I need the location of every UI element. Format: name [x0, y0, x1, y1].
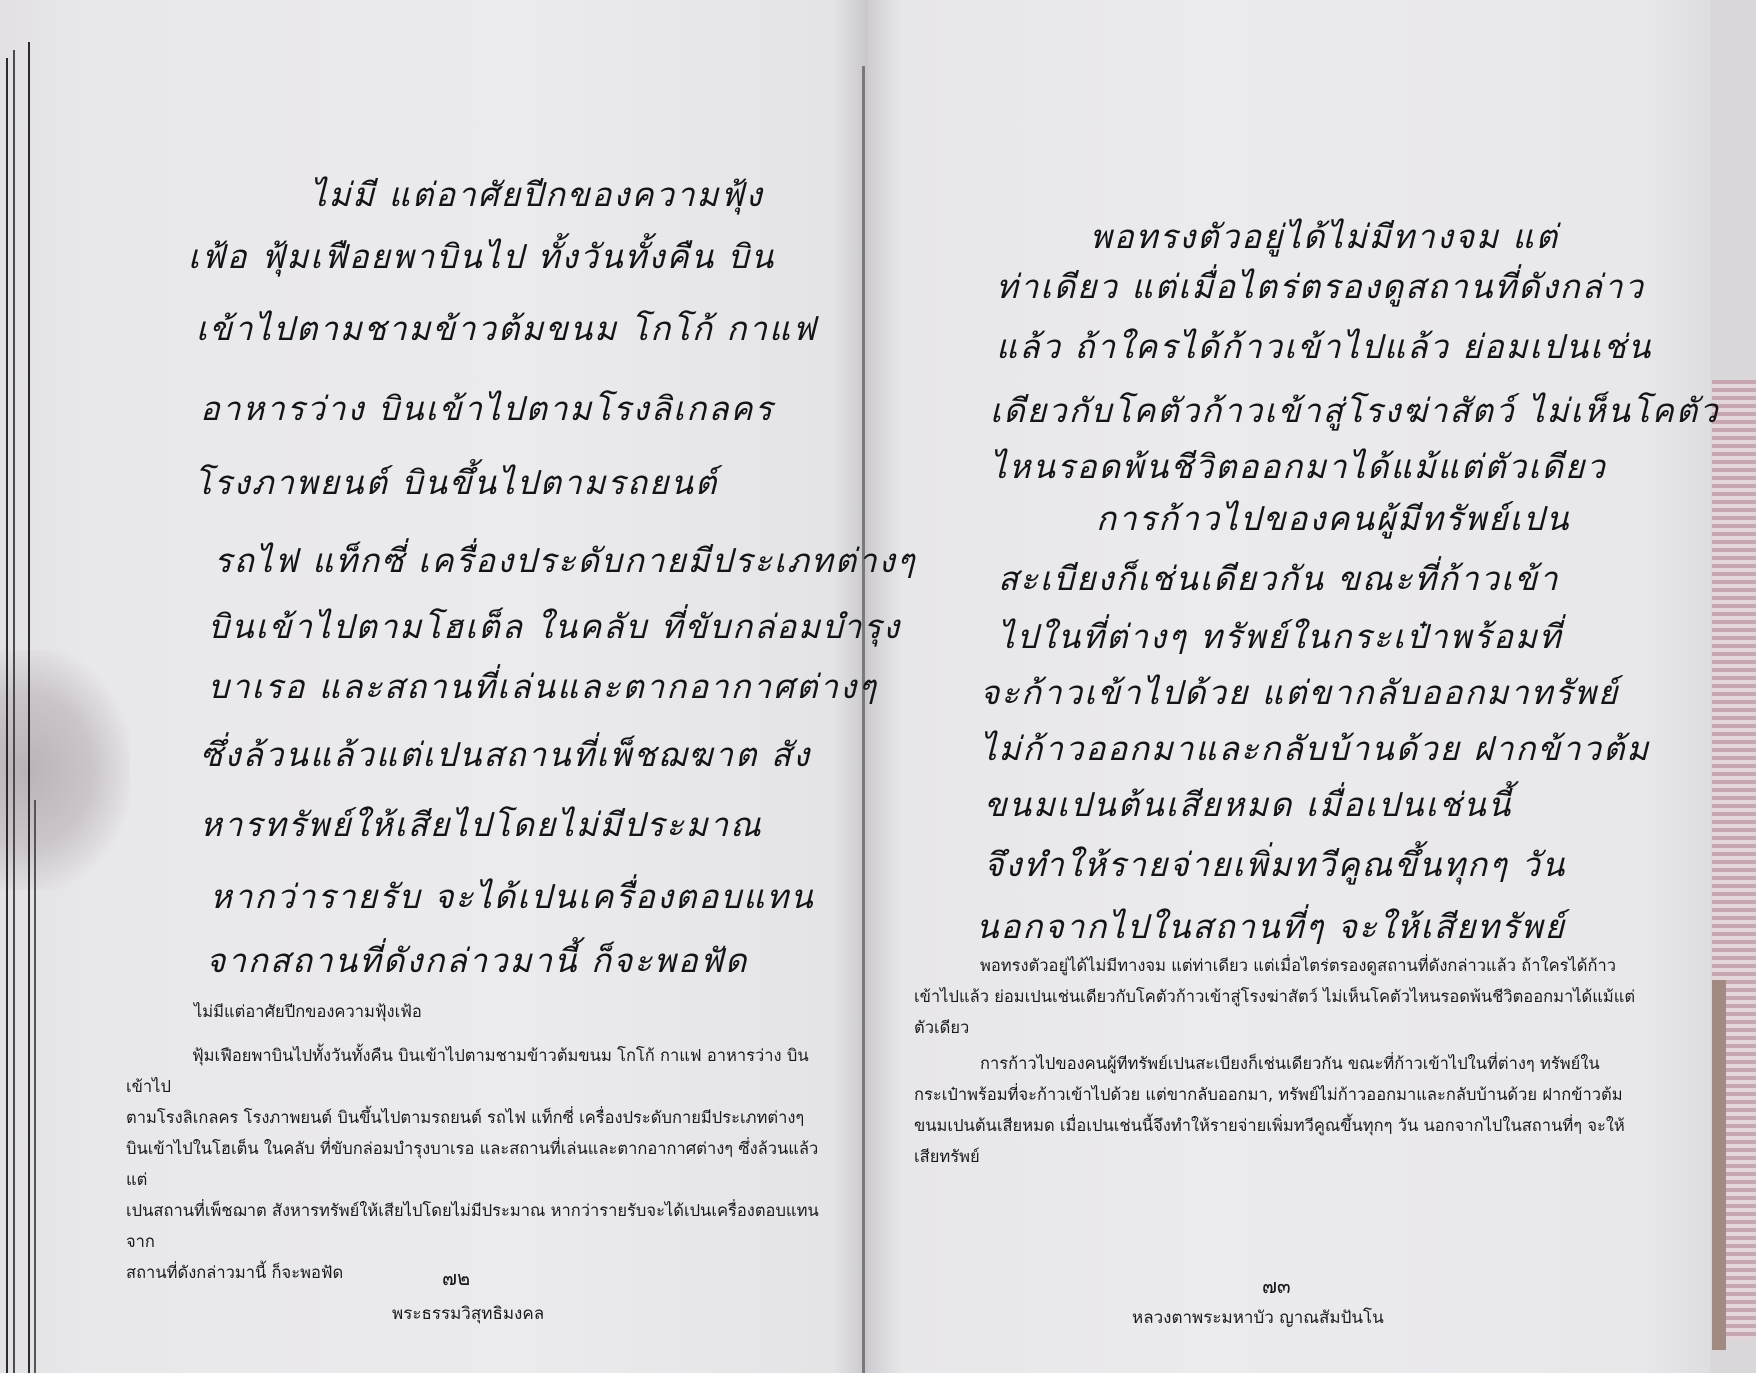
- right-page-number: ๗๓: [1262, 1270, 1291, 1302]
- book-gutter: [862, 66, 865, 1373]
- handwriting-line: อาหารว่าง บินเข้าไปตามโรงลิเกลคร: [200, 382, 840, 435]
- handwriting-line: ไหนรอดพ้นชีวิตออกมาได้แม้แต่ตัวเดียว: [990, 440, 1630, 493]
- handwriting-line: สะเบียงก็เช่นเดียวกัน ขณะที่ก้าวเข้า: [998, 552, 1638, 605]
- paragraph-line: ฟุ้มเฟือยพาบินไปทั้งวันทั้งคืน บินเข้าไป…: [126, 1040, 836, 1102]
- handwriting-line: ท่าเดียว แต่เมื่อไตร่ตรองดูสถานที่ดังกล่…: [996, 260, 1636, 313]
- handwriting-line: บาเรอ และสถานที่เล่นและตากอากาศต่างๆ: [208, 660, 848, 713]
- handwriting-line: จากสถานที่ดังกล่าวมานี้ ก็จะพอฟัด: [206, 934, 846, 987]
- right-paragraph-2: การก้าวไปของคนผู้ทีทรัพย์เปนสะเบียงก็เช่…: [914, 1048, 1674, 1172]
- handwriting-line: หารทรัพย์ให้เสียไปโดยไม่มีประมาณ: [200, 798, 840, 851]
- handwriting-line: ซึ่งล้วนแล้วแต่เปนสถานที่เพ็ชฌฆาต สัง: [200, 728, 840, 781]
- left-page-number: ๗๒: [442, 1262, 470, 1294]
- paragraph-line: พอทรงตัวอยู่ได้ไม่มีทางจม แต่ท่าเดียว แต…: [914, 950, 1674, 981]
- handwriting-line: แล้ว ถ้าใครได้ก้าวเข้าไปแล้ว ย่อมเปนเช่น: [996, 320, 1636, 373]
- handwriting-line: ไม่ก้าวออกมาและกลับบ้านด้วย ฝากข้าวต้ม: [980, 722, 1620, 775]
- left-page-author: พระธรรมวิสุทธิมงคล: [392, 1300, 544, 1327]
- handwriting-line: เข้าไปตามชามข้าวต้มขนม โกโก้ กาแฟ: [196, 302, 836, 355]
- paragraph-line: เปนสถานที่เพ็ชฌาต สังหารทรัพย์ให้เสียไปโ…: [126, 1195, 836, 1257]
- handwriting-line: เดียวกับโคตัวก้าวเข้าสู่โรงฆ่าสัตว์ ไม่เ…: [990, 384, 1630, 437]
- paragraph-line: เสียทรัพย์: [914, 1141, 1674, 1172]
- handwriting-line: หากว่ารายรับ จะได้เปนเครื่องตอบแทน: [210, 870, 850, 923]
- handwriting-line: จึงทำให้รายจ่ายเพิ่มทวีคูณขึ้นทุกๆ วัน: [984, 838, 1624, 891]
- right-page-tab: [1712, 980, 1726, 1350]
- paragraph-line: สถานที่ดังกล่าวมานี้ ก็จะพอฟัด: [126, 1257, 836, 1288]
- left-caption: ไม่มีแต่อาศัยปีกของความฟุ้งเฟ้อ: [194, 996, 422, 1027]
- handwriting-line: ขนมเปนต้นเสียหมด เมื่อเปนเช่นนี้: [984, 778, 1624, 831]
- handwriting-line: รถไฟ แท็กซี่ เครื่องประดับกายมีประเภทต่า…: [214, 534, 854, 587]
- right-page-author: หลวงตาพระมหาบัว ญาณสัมปันโน: [1132, 1304, 1384, 1331]
- handwriting-line: โรงภาพยนต์ บินขึ้นไปตามรถยนต์: [194, 456, 834, 509]
- handwriting-line: นอกจากไปในสถานที่ๆ จะให้เสียทรัพย์: [976, 900, 1616, 953]
- paragraph-line: บินเข้าไปในโฮเต็น ในคลับ ที่ขับกล่อมบำรุ…: [126, 1133, 836, 1195]
- handwriting-line: พอทรงตัวอยู่ได้ไม่มีทางจม แต่: [1090, 210, 1730, 263]
- handwriting-line: การก้าวไปของคนผู้มีทรัพย์เปน: [1096, 492, 1736, 545]
- paragraph-line: การก้าวไปของคนผู้ทีทรัพย์เปนสะเบียงก็เช่…: [914, 1048, 1674, 1079]
- paragraph-line: เข้าไปแล้ว ย่อมเปนเช่นเดียวกับโคตัวก้าวเ…: [914, 981, 1674, 1012]
- handwriting-line: ไม่มี แต่อาศัยปีกของความฟุ้ง: [310, 168, 950, 221]
- paragraph-line: ขนมเปนต้นเสียหมด เมื่อเปนเช่นนี้จึงทำให้…: [914, 1110, 1674, 1141]
- page-edge-shadow: [0, 650, 130, 890]
- open-book-spread: ไม่มี แต่อาศัยปีกของความฟุ้ง เฟ้อ ฟุ้มเฟ…: [0, 0, 1756, 1373]
- handwriting-line: เฟ้อ ฟุ้มเฟือยพาบินไป ทั้งวันทั้งคืน บิน: [188, 230, 828, 283]
- handwriting-line: จะก้าวเข้าไปด้วย แต่ขากลับออกมาทรัพย์: [980, 666, 1620, 719]
- right-paragraph-1: พอทรงตัวอยู่ได้ไม่มีทางจม แต่ท่าเดียว แต…: [914, 950, 1674, 1043]
- handwriting-line: บินเข้าไปตามโฮเต็ล ในคลับ ที่ขับกล่อมบำร…: [208, 600, 848, 653]
- paragraph-line: กระเป๋าพร้อมที่จะก้าวเข้าไปด้วย แต่ขากลั…: [914, 1079, 1674, 1110]
- left-paragraph: ฟุ้มเฟือยพาบินไปทั้งวันทั้งคืน บินเข้าไป…: [126, 1040, 836, 1288]
- paragraph-line: ตามโรงลิเกลคร โรงภาพยนต์ บินขึ้นไปตามรถย…: [126, 1102, 836, 1133]
- paragraph-line: ตัวเดียว: [914, 1012, 1674, 1043]
- handwriting-line: ไปในที่ต่างๆ ทรัพย์ในกระเป๋าพร้อมที่: [998, 610, 1638, 663]
